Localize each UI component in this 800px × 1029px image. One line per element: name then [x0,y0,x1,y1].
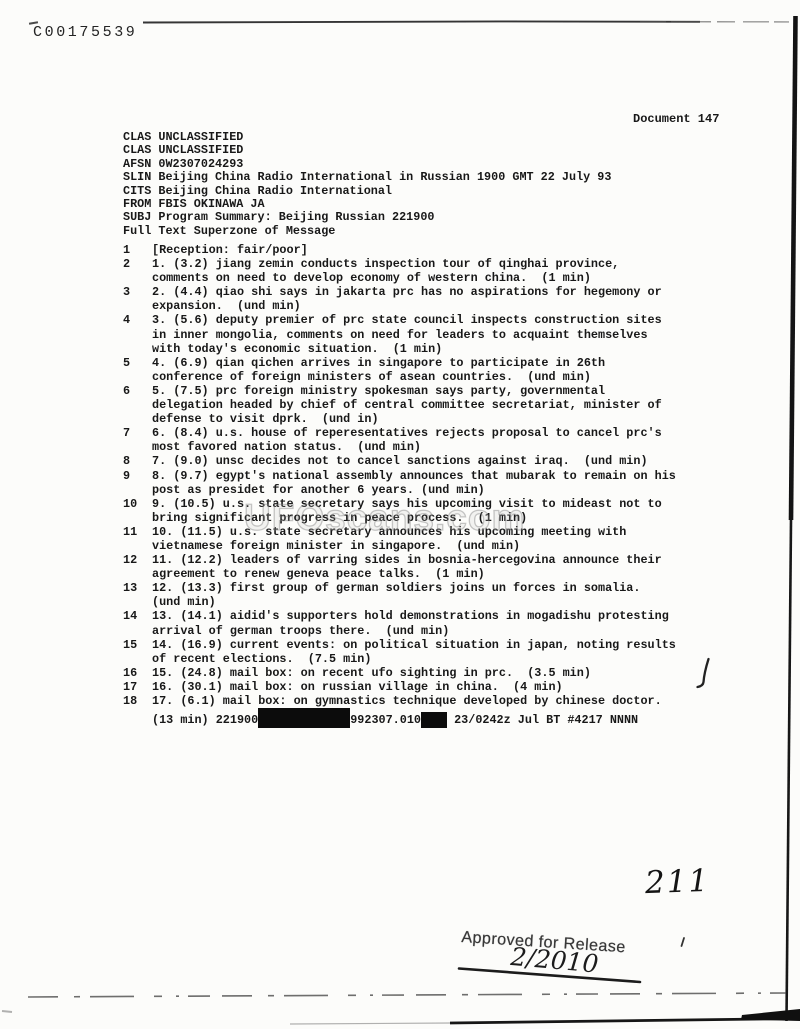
item-line: 1. (3.2) jiang zemin conducts inspection… [152,257,619,271]
item-line: defense to visit dprk. (und in) [152,412,662,426]
item-number: 5 [123,356,152,370]
item-text: 12. (13.3) first group of german soldier… [152,581,640,609]
item-line: 8. (9.7) egypt's national assembly annou… [152,469,676,483]
item-text: 17. (6.1) mail box: on gymnastics techni… [152,694,662,728]
item-text: 14. (16.9) current events: on political … [152,638,676,666]
item-line: expansion. (und min) [152,299,662,313]
item-line: post as presidet for another 6 years. (u… [152,483,676,497]
item-line-redacted: (13 min) 221900992307.010 23/0242z Jul B… [152,708,662,728]
message-header: CLAS UNCLASSIFIEDCLAS UNCLASSIFIEDAFSN 0… [123,131,611,238]
header-line: CLAS UNCLASSIFIED [123,144,611,157]
scan-id: C00175539 [33,24,137,41]
item-number: 10 [123,497,152,511]
item-line: 13. (14.1) aidid's supporters hold demon… [152,609,669,623]
list-item: 1514. (16.9) current events: on politica… [123,638,676,666]
header-line: SUBJ Program Summary: Beijing Russian 22… [123,211,611,224]
item-line: 4. (6.9) qian qichen arrives in singapor… [152,356,605,370]
item-text: 15. (24.8) mail box: on recent ufo sight… [152,666,591,680]
item-line: 12. (13.3) first group of german soldier… [152,581,640,595]
bottom-right-edge-wedge [741,1009,800,1021]
list-item: 1413. (14.1) aidid's supporters hold dem… [123,609,676,637]
item-number: 9 [123,469,152,483]
document-number: Document 147 [633,112,719,126]
item-text: 3. (5.6) deputy premier of prc state cou… [152,313,662,355]
item-line: agreement to renew geneva peace talks. (… [152,567,662,581]
item-line: 2. (4.4) qiao shi says in jakarta prc ha… [152,285,662,299]
right-edge-scan-line-upper [791,16,796,520]
item-text: 2. (4.4) qiao shi says in jakarta prc ha… [152,285,662,313]
item-text: 1. (3.2) jiang zemin conducts inspection… [152,257,619,285]
bottom-scan-dashed-line [28,993,786,997]
item-line: 17. (6.1) mail box: on gymnastics techni… [152,694,662,708]
apostrophe-mark [682,938,685,946]
item-line: 16. (30.1) mail box: on russian village … [152,680,563,694]
header-line: SLIN Beijing China Radio International i… [123,171,611,184]
header-line: CITS Beijing China Radio International [123,185,611,198]
header-line: AFSN 0W2307024293 [123,158,611,171]
item-text: 5. (7.5) prc foreign ministry spokesman … [152,384,662,426]
item-text: 8. (9.7) egypt's national assembly annou… [152,469,676,497]
item-line: 11. (12.2) leaders of varring sides in b… [152,553,662,567]
item-text: [Reception: fair/poor] [152,243,308,257]
item-text: 6. (8.4) u.s. house of reperesentatives … [152,426,662,454]
list-item: 1[Reception: fair/poor] [123,243,676,257]
item-line: arrival of german troops there. (und min… [152,624,669,638]
watermark: UFOscans.com [244,497,525,539]
item-number: 15 [123,638,152,652]
redaction-box [258,708,350,728]
header-line: FROM FBIS OKINAWA JA [123,198,611,211]
item-line: [Reception: fair/poor] [152,243,308,257]
list-item: 43. (5.6) deputy premier of prc state co… [123,313,676,355]
item-text: 7. (9.0) unsc decides not to cancel sanc… [152,454,648,468]
item-number: 18 [123,694,152,708]
list-item: 1211. (12.2) leaders of varring sides in… [123,553,676,581]
list-item: 1716. (30.1) mail box: on russian villag… [123,680,676,694]
list-item: 1312. (13.3) first group of german soldi… [123,581,676,609]
list-item: 1817. (6.1) mail box: on gymnastics tech… [123,694,676,728]
item-number: 7 [123,426,152,440]
item-line: delegation headed by chief of central co… [152,398,662,412]
scanned-document-page: C00175539 Document 147 CLAS UNCLASSIFIED… [0,0,800,1029]
item-line: vietnamese foreign minister in singapore… [152,539,626,553]
item-line: comments on need to develop economy of w… [152,271,619,285]
item-line: 7. (9.0) unsc decides not to cancel sanc… [152,454,648,468]
list-item: 76. (8.4) u.s. house of reperesentatives… [123,426,676,454]
item-line: with today's economic situation. (1 min) [152,342,662,356]
item-number: 3 [123,285,152,299]
bottom-edge-line-faint [290,1023,452,1024]
list-item: 21. (3.2) jiang zemin conducts inspectio… [123,257,676,285]
item-number: 1 [123,243,152,257]
item-line-segment: (13 min) 221900 [152,713,258,727]
redaction-box [421,712,447,728]
bottom-edge-line [450,1019,800,1024]
pen-mark [698,659,709,687]
item-number: 2 [123,257,152,271]
item-number: 12 [123,553,152,567]
item-number: 6 [123,384,152,398]
header-line: CLAS UNCLASSIFIED [123,131,611,144]
program-summary-list: 1[Reception: fair/poor]21. (3.2) jiang z… [123,243,676,728]
item-text: 11. (12.2) leaders of varring sides in b… [152,553,662,581]
item-line-segment: 23/0242z Jul BT #4217 NNNN [447,713,638,727]
item-line: (und min) [152,595,640,609]
item-line: of recent elections. (7.5 min) [152,652,676,666]
list-item: 87. (9.0) unsc decides not to cancel san… [123,454,676,468]
item-line: 6. (8.4) u.s. house of reperesentatives … [152,426,662,440]
header-line: Full Text Superzone of Message [123,225,611,238]
item-number: 16 [123,666,152,680]
bottom-left-speck [2,1011,12,1012]
item-line: 14. (16.9) current events: on political … [152,638,676,652]
top-edge-scan-line [143,21,700,22]
item-text: 13. (14.1) aidid's supporters hold demon… [152,609,669,637]
item-line: 15. (24.8) mail box: on recent ufo sight… [152,666,591,680]
item-line: in inner mongolia, comments on need for … [152,328,662,342]
item-line: conference of foreign ministers of asean… [152,370,605,384]
list-item: 1615. (24.8) mail box: on recent ufo sig… [123,666,676,680]
list-item: 32. (4.4) qiao shi says in jakarta prc h… [123,285,676,313]
right-edge-scan-line-lower [787,520,792,1021]
item-text: 4. (6.9) qian qichen arrives in singapor… [152,356,605,384]
item-text: 16. (30.1) mail box: on russian village … [152,680,563,694]
item-number: 4 [123,313,152,327]
item-line: 5. (7.5) prc foreign ministry spokesman … [152,384,662,398]
list-item: 98. (9.7) egypt's national assembly anno… [123,469,676,497]
item-number: 14 [123,609,152,623]
item-number: 11 [123,525,152,539]
handwritten-page-number: 211 [644,863,710,901]
list-item: 54. (6.9) qian qichen arrives in singapo… [123,356,676,384]
item-line: most favored nation status. (und min) [152,440,662,454]
list-item: 65. (7.5) prc foreign ministry spokesman… [123,384,676,426]
item-number: 17 [123,680,152,694]
item-line: 3. (5.6) deputy premier of prc state cou… [152,313,662,327]
item-number: 13 [123,581,152,595]
item-number: 8 [123,454,152,468]
item-line-segment: 992307.010 [350,713,421,727]
